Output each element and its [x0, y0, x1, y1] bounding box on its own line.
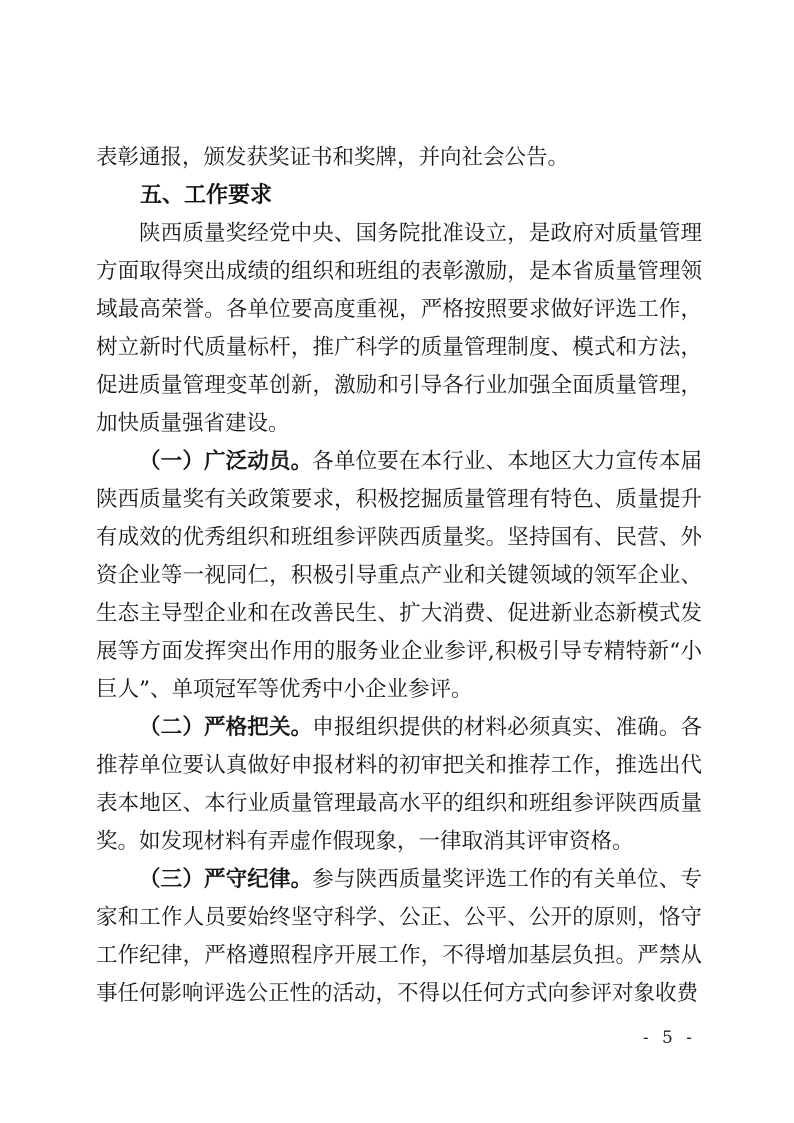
paragraph: （一）广泛动员。各单位要在本行业、本地区大力宣传本届陕西质量奖有关政策要求，积极…: [96, 443, 702, 709]
paragraph-lead: （二）严格把关。: [139, 715, 312, 740]
paragraph-text: 陕西质量奖经党中央、国务院批准设立，是政府对质量管理方面取得突出成绩的组织和班组…: [96, 221, 702, 436]
paragraph-continuation: 表彰通报，颁发获奖证书和奖牌，并向社会公告。: [96, 139, 702, 177]
paragraph-lead: （一）广泛动员。: [139, 449, 312, 474]
document-page: 表彰通报，颁发获奖证书和奖牌，并向社会公告。 五、工作要求 陕西质量奖经党中央、…: [0, 0, 794, 1123]
page-number: - 5 -: [643, 1028, 696, 1048]
section-heading: 五、工作要求: [96, 177, 702, 215]
paragraph: （三）严守纪律。参与陕西质量奖评选工作的有关单位、专家和工作人员要始终坚守科学、…: [96, 861, 702, 1013]
body-text: 表彰通报，颁发获奖证书和奖牌，并向社会公告。 五、工作要求 陕西质量奖经党中央、…: [96, 139, 702, 1013]
paragraph-lead: （三）严守纪律。: [139, 867, 312, 892]
paragraph: （二）严格把关。申报组织提供的材料必须真实、准确。各推荐单位要认真做好申报材料的…: [96, 709, 702, 861]
paragraph: 陕西质量奖经党中央、国务院批准设立，是政府对质量管理方面取得突出成绩的组织和班组…: [96, 215, 702, 443]
paragraph-text: 各单位要在本行业、本地区大力宣传本届陕西质量奖有关政策要求，积极挖掘质量管理有特…: [96, 449, 702, 702]
